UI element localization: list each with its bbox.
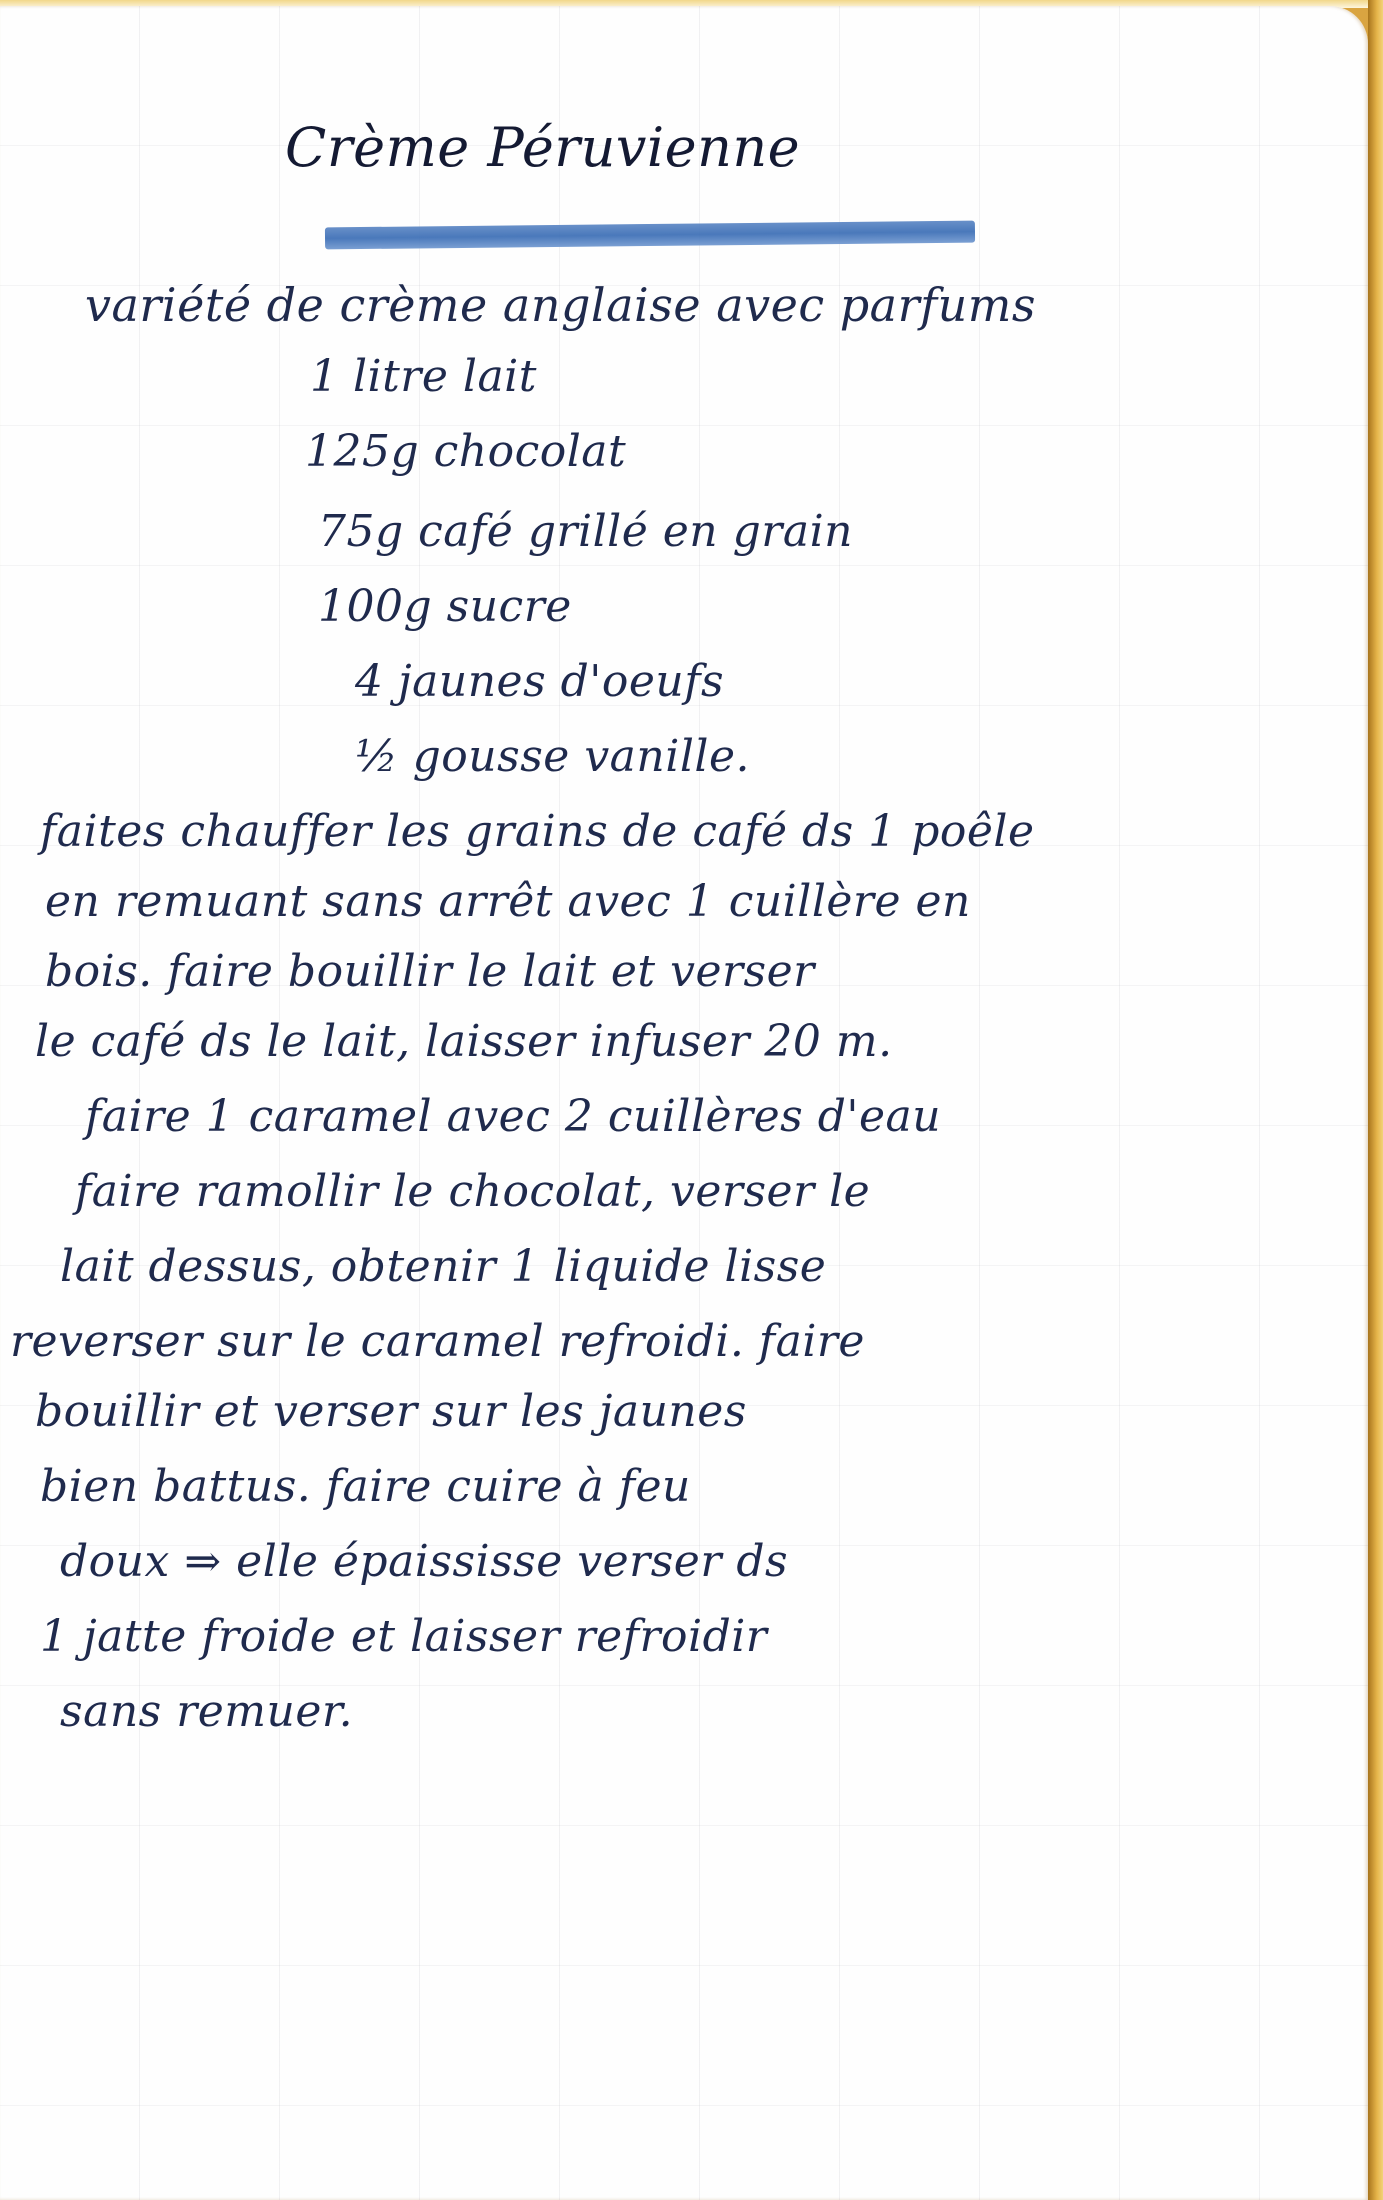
instruction-line: bien battus. faire cuire à feu (40, 1461, 691, 1512)
instruction-line: bouillir et verser sur les jaunes (35, 1386, 747, 1437)
instruction-line: bois. faire bouillir le lait et verser (45, 946, 815, 997)
instruction-line: sans remuer. (60, 1686, 353, 1737)
title-underline (325, 221, 975, 250)
recipe-subtitle: variété de crème anglaise avec parfums (85, 278, 1036, 332)
paper-right-edge (1368, 0, 1383, 2200)
ingredient-item: 125g chocolat (305, 426, 626, 477)
ingredient-item: 75g café grillé en grain (318, 506, 853, 557)
instruction-line: lait dessus, obtenir 1 liquide lisse (60, 1241, 826, 1292)
ingredient-item: 100g sucre (318, 581, 572, 632)
instruction-line: reverser sur le caramel refroidi. faire (10, 1316, 865, 1367)
recipe-title: Crème Péruvienne (285, 116, 800, 179)
instruction-line: 1 jatte froide et laisser refroidir (40, 1611, 767, 1662)
ingredient-item: 1 litre lait (310, 351, 537, 402)
instruction-line: le café ds le lait, laisser infuser 20 m… (35, 1016, 893, 1067)
instruction-line: faire 1 caramel avec 2 cuillères d'eau (85, 1091, 941, 1142)
ingredient-item: 4 jaunes d'oeufs (355, 656, 724, 707)
ingredient-item: ½ gousse vanille. (355, 731, 750, 782)
recipe-card: Crème Péruvienne variété de crème anglai… (0, 6, 1368, 2200)
instruction-line: faites chauffer les grains de café ds 1 … (40, 806, 1035, 857)
instruction-line: doux ⇒ elle épaississe verser ds (60, 1536, 788, 1587)
instruction-line: en remuant sans arrêt avec 1 cuillère en (45, 876, 971, 927)
instruction-line: faire ramollir le chocolat, verser le (75, 1166, 870, 1217)
